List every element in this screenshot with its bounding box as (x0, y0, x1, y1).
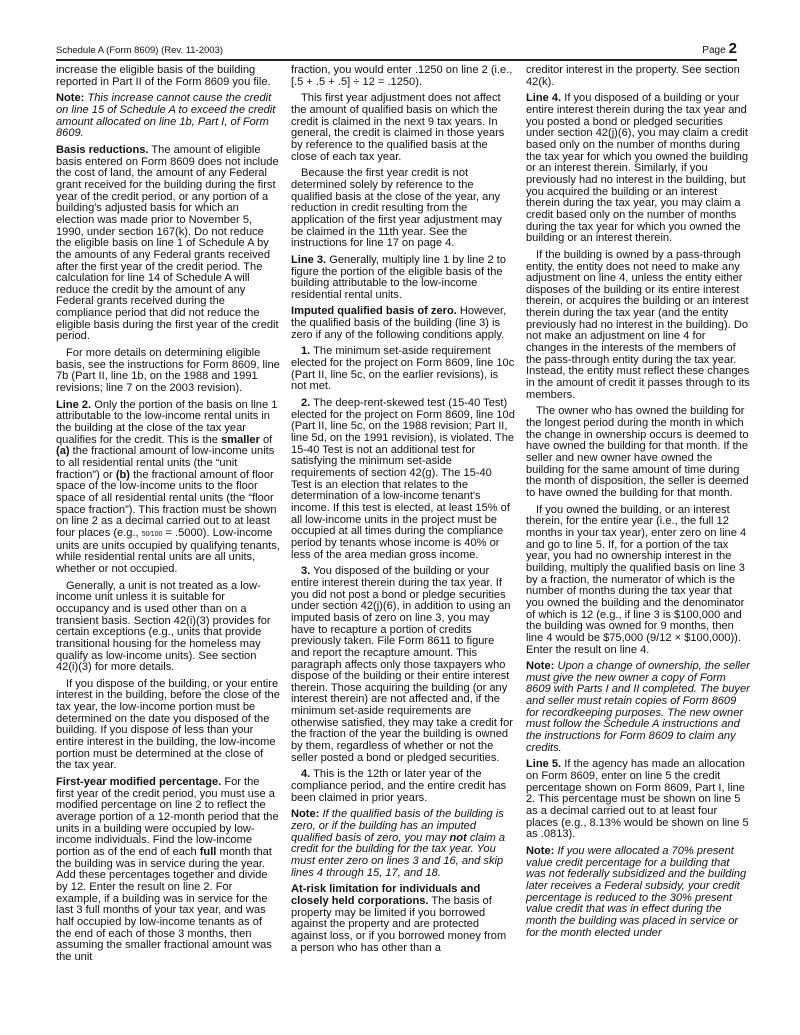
column-middle: fraction, you would enter .1250 on line … (291, 65, 515, 959)
fraction: 50⁄100 (142, 531, 163, 538)
section-heading: Line 5. (526, 758, 561, 770)
column-right: creditor interest in the property. See s… (526, 65, 750, 944)
paragraph: creditor interest in the property. See s… (526, 65, 750, 88)
paragraph: The owner who has owned the building for… (526, 406, 750, 499)
section-heading: Line 4. (526, 92, 561, 104)
page-header: Schedule A (Form 8609) (Rev. 11-2003) Pa… (56, 41, 737, 61)
paragraph: Generally, a unit is not treated as a lo… (56, 581, 280, 674)
line-2-section: Line 2. Only the portion of the basis on… (56, 400, 280, 576)
line-3-section: Line 3. Generally, multiply line 1 by li… (291, 255, 515, 302)
note: Note: Upon a change of ownership, the se… (526, 661, 750, 754)
section-heading: Line 3. (291, 254, 326, 266)
paragraph: If you owned the building, or an interes… (526, 505, 750, 657)
note: Note: If the qualified basis of the buil… (291, 809, 515, 879)
note: Note: This increase cannot cause the cre… (56, 93, 280, 140)
line-5-section: Line 5. If the agency has made an alloca… (526, 759, 750, 841)
section-heading: First-year modified percentage. (56, 776, 221, 788)
paragraph: For more details on determining eligible… (56, 348, 280, 395)
condition-3: 3. You disposed of the building or your … (291, 566, 515, 764)
first-year-section: First-year modified percentage. For the … (56, 777, 280, 964)
imputed-section: Imputed qualified basis of zero. However… (291, 306, 515, 341)
basis-reductions: Basis reductions. The amount of eligible… (56, 145, 280, 343)
note-label: Note: (291, 808, 319, 820)
paragraph: Because the first year credit is not det… (291, 168, 515, 250)
note-label: Note: (526, 845, 554, 857)
page-number: 2 (729, 40, 737, 57)
paragraph: increase the eligible basis of the build… (56, 65, 280, 88)
column-left: increase the eligible basis of the build… (56, 65, 280, 969)
section-heading: Line 2. (56, 399, 91, 411)
condition-1: 1. The minimum set-aside requirement ele… (291, 346, 515, 393)
note: Note: If you were allocated a 70% presen… (526, 846, 750, 939)
condition-2: 2. The deep-rent-skewed test (15-40 Test… (291, 398, 515, 561)
condition-4: 4. This is the 12th or later year of the… (291, 769, 515, 804)
paragraph: If you dispose of the building, or your … (56, 679, 280, 772)
form-title: Schedule A (Form 8609) (Rev. 11-2003) (56, 45, 223, 56)
section-heading: Basis reductions. (56, 144, 148, 156)
paragraph: If the building is owned by a pass-throu… (526, 250, 750, 402)
note-label: Note: (526, 660, 554, 672)
paragraph: fraction, you would enter .1250 on line … (291, 65, 515, 88)
page-label: Page (702, 45, 725, 56)
page-indicator: Page2 (702, 40, 737, 57)
paragraph: This first year adjustment does not affe… (291, 93, 515, 163)
at-risk-section: At-risk limitation for individuals and c… (291, 884, 515, 954)
note-text: This increase cannot cause the credit on… (56, 92, 275, 139)
line-4-section: Line 4. If you disposed of a building or… (526, 93, 750, 245)
section-heading: Imputed qualified basis of zero. (291, 305, 457, 317)
note-label: Note: (56, 92, 84, 104)
